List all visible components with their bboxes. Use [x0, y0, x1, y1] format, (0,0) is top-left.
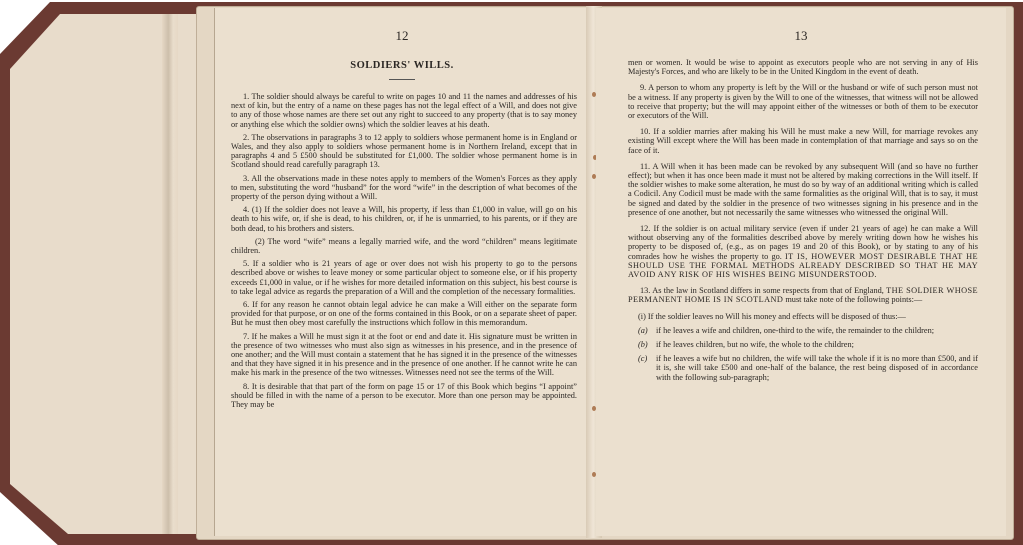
- sub-item-text: if he leaves a wife but no children, the…: [656, 354, 978, 381]
- page-title: SOLDIERS' WILLS.: [215, 60, 589, 71]
- paragraph-4-1: 4. (1) If the soldier does not leave a W…: [231, 205, 577, 233]
- sub-item-a: (a)if he leaves a wife and children, one…: [656, 326, 978, 335]
- paragraph-13-tail: must take note of the following points:—: [783, 295, 922, 304]
- sub-item-c: (c)if he leaves a wife but no children, …: [656, 354, 978, 382]
- sub-paragraph-i: (i) If the soldier leaves no Will his mo…: [638, 312, 978, 321]
- paragraph-12: 12. If the soldier is on actual military…: [628, 224, 978, 279]
- left-page: 12 SOLDIERS' WILLS. 1. The soldier shoul…: [214, 8, 589, 536]
- sub-item-label: (c): [638, 354, 647, 363]
- paragraph-3: 3. All the observations made in these no…: [231, 174, 577, 202]
- right-page: 13 men or women. It would be wise to app…: [596, 8, 1006, 536]
- sub-item-text: if he leaves a wife and children, one-th…: [656, 326, 934, 335]
- paragraph-5: 5. If a soldier who is 21 years of age o…: [231, 259, 577, 296]
- left-body: 1. The soldier should always be careful …: [215, 92, 589, 409]
- paragraph-9: 9. A person to whom any property is left…: [628, 83, 978, 120]
- page-number: 13: [596, 28, 1006, 44]
- title-rule: [389, 79, 415, 80]
- sub-item-text: if he leaves children, but no wife, the …: [656, 340, 854, 349]
- sub-item-label: (a): [638, 326, 648, 335]
- continuation-text: men or women. It would be wise to appoin…: [628, 58, 978, 76]
- paragraph-10: 10. If a soldier marries after making hi…: [628, 127, 978, 155]
- paragraph-11: 11. A Will when it has been made can be …: [628, 162, 978, 217]
- right-body: men or women. It would be wise to appoin…: [596, 58, 1006, 382]
- paragraph-2: 2. The observations in paragraphs 3 to 1…: [231, 133, 577, 170]
- sub-item-label: (b): [638, 340, 648, 349]
- flap-fold: [162, 14, 178, 534]
- paragraph-1: 1. The soldier should always be careful …: [231, 92, 577, 129]
- paragraph-4-2: (2) The word “wife” means a legally marr…: [231, 237, 577, 255]
- paragraph-7: 7. If he makes a Will he must sign it at…: [231, 332, 577, 378]
- paragraph-6: 6. If for any reason he cannot obtain le…: [231, 300, 577, 328]
- paragraph-8: 8. It is desirable that that part of the…: [231, 382, 577, 410]
- paragraph-13-text: 13. As the law in Scotland differs in so…: [640, 286, 886, 295]
- sub-item-b: (b)if he leaves children, but no wife, t…: [656, 340, 978, 349]
- paragraph-13: 13. As the law in Scotland differs in so…: [628, 286, 978, 304]
- page-number: 12: [215, 28, 589, 44]
